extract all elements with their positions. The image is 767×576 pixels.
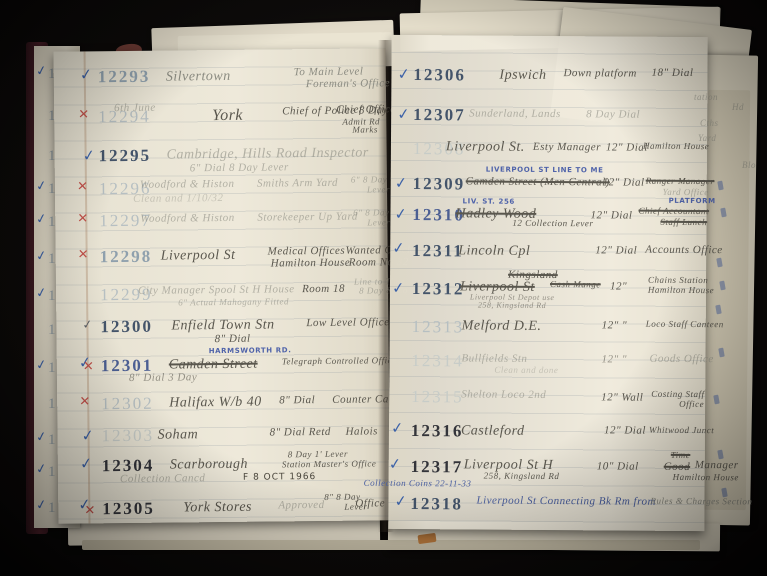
entry-number: 12314 [411, 351, 464, 371]
handwritten-text: 258, Kingsland Rd [478, 301, 546, 310]
handwritten-text: Liverpool St [161, 248, 236, 265]
handwritten-text: Ipswich [499, 68, 546, 84]
ledger-row: ✓12300Enfield Town StnLow Level Office8"… [56, 314, 388, 347]
handwritten-text: Room 18 [302, 283, 345, 295]
handwritten-text: Staff Lunch [660, 217, 707, 227]
ledger-row: ✓12307Sunderland, Lands8 Day Dial [391, 105, 707, 137]
ledger-row: ✓12312KingslandLiverpool StCash Mange12"… [390, 279, 706, 311]
handwritten-text: 12" Dial [604, 424, 646, 436]
entry-number: 12316 [411, 421, 464, 441]
entry-number: 12311 [412, 241, 464, 261]
entry-number: 12293 [98, 67, 151, 88]
handwritten-text: 8 Day 1' Lever [288, 449, 348, 460]
handwritten-text: Halifax W/b 40 [169, 395, 262, 412]
partial-entry-number: 1 [48, 432, 57, 449]
check-icon: ✓ [82, 317, 94, 332]
check-icon: ✓ [35, 497, 48, 514]
handwritten-text: City Manager Spool St H House [138, 283, 295, 297]
handwritten-text: 12" " [602, 319, 628, 331]
check-icon: ✓ [397, 64, 411, 83]
ledger-row: ✓12293SilvertownTo Main LevelForeman's O… [54, 64, 386, 97]
entry-number: 12305 [102, 499, 155, 520]
entry-number: 12318 [410, 494, 463, 514]
handwritten-text: Lincoln Cpl [458, 243, 530, 260]
entry-number: 12302 [101, 394, 154, 415]
entry-number: 12295 [99, 146, 152, 167]
handwritten-text: LIVERPOOL ST LINE TO ME [486, 166, 604, 175]
handwritten-text: Bullfields Stn [461, 352, 527, 364]
check-icon: ✓ [82, 146, 97, 165]
ledger-row: 12315Shelton Loco 2nd12" WallCosting Sta… [389, 387, 705, 419]
handwritten-text: 12" " [601, 353, 627, 365]
check-icon: ✓ [81, 426, 96, 445]
page-stack-sheet [704, 90, 750, 510]
check-icon: ✓ [390, 418, 404, 437]
handwritten-text: Woodford & Histon [140, 178, 235, 191]
handwritten-text: Down platform [563, 67, 637, 80]
handwritten-text: Sunderland, Lands [469, 107, 561, 120]
ledger-row: ✕12296Woodford & HistonSmiths Arm Yard6"… [55, 176, 387, 209]
check-icon: ✓ [35, 63, 48, 80]
handwritten-text: Hamilton House [648, 285, 714, 295]
ledger-row: ✓12318Liverpool St Connecting Bk Rm from… [388, 494, 704, 526]
handwritten-text: Cash Mange [550, 279, 601, 289]
ledger-row: 12313Melford D.E.12" "Loco Staff Canteen [390, 317, 706, 349]
check-icon: ✓ [35, 211, 48, 228]
handwritten-text: Office [679, 399, 704, 409]
check-icon: ✓ [35, 461, 48, 478]
x-icon: ✕ [84, 503, 96, 518]
check-icon: ✓ [388, 454, 402, 473]
handwritten-text: Yard Office [663, 187, 709, 197]
handwritten-text: Goods Office [649, 353, 713, 365]
handwritten-text: Accounts Office [645, 244, 723, 257]
handwritten-text: 6" Dial 8 Day Lever [190, 161, 289, 174]
handwritten-text: 8" Dial Retd [269, 426, 330, 439]
check-icon: ✓ [394, 173, 408, 192]
handwritten-text: HARMSWORTH RD. [209, 346, 292, 355]
handwritten-text: Liverpool St Connecting Bk Rm from [476, 495, 656, 508]
x-icon: ✕ [78, 107, 90, 122]
handwritten-text: Whitwood Junct [649, 425, 714, 435]
ledger-row: ✓12304Scarborough8 Day 1' LeverStation M… [58, 453, 390, 486]
handwritten-text: Loco Staff Canteen [646, 319, 724, 330]
entry-number: 12298 [100, 247, 153, 268]
handwritten-text: Esty Manager [533, 141, 601, 153]
entry-number: 12317 [411, 457, 464, 477]
entry-number: 12300 [100, 317, 153, 338]
handwritten-text: 8" Dial [214, 333, 250, 345]
check-icon: ✓ [79, 454, 94, 473]
check-icon: ✓ [396, 104, 410, 123]
handwritten-text: 8" Dial [279, 394, 315, 406]
handwritten-text: Woodford & Histon [140, 212, 235, 225]
handwritten-text: LIV. ST. 256 [463, 197, 515, 205]
handwritten-text: Rules & Charges Section [650, 496, 752, 507]
check-icon: ✓ [35, 248, 48, 265]
ledger-row: ✕12302Halifax W/b 408" DialCounter Cab [57, 391, 389, 424]
check-icon: ✓ [394, 204, 408, 223]
entry-number: 12315 [411, 387, 464, 407]
handwritten-text: Medical Offices [268, 245, 346, 258]
handwritten-text: York [212, 107, 243, 125]
handwritten-text: Scarborough [170, 457, 248, 474]
ledger-left-page: ✓12293SilvertownTo Main LevelForeman's O… [54, 48, 391, 523]
ledger-right-page: ✓12306IpswichDown platform18" Dial✓12307… [388, 35, 707, 531]
x-icon: ✕ [79, 394, 91, 409]
handwritten-text: Approved [278, 499, 324, 511]
ledger-row: ✓12309LIVERPOOL ST LINE TO MECamden Stre… [391, 174, 707, 206]
entry-number: 12306 [413, 65, 466, 85]
handwritten-text: Liverpool St. [446, 139, 525, 156]
handwritten-text: 12 Collection Lever [512, 218, 593, 229]
ledger-row: ✕122946th JuneYorkChief of Police 8 DayA… [54, 104, 386, 137]
handwritten-text: 10" Dial [597, 460, 639, 472]
check-icon: ✓ [35, 429, 48, 446]
handwritten-text: 8" Dial 3 Day [129, 371, 197, 384]
entry-number: 12313 [412, 317, 465, 337]
partial-entry-number: 1 [48, 464, 57, 481]
handwritten-text: 12" Dial [590, 209, 632, 221]
handwritten-text: Chief Accountant [638, 206, 709, 216]
handwritten-text: Camden Street (Men Central) [466, 175, 610, 188]
handwritten-text: Marks [352, 124, 378, 134]
entry-number: 12309 [413, 174, 466, 194]
ledger-row: ✓12310LIV. ST. 256Hadley Wood12 Collecti… [390, 205, 706, 237]
check-icon: ✓ [79, 65, 94, 84]
x-icon: ✕ [77, 179, 89, 194]
handwritten-text: 6" Actual Mahogany Fitted [178, 296, 289, 307]
handwritten-text: Ranger Manager [646, 176, 715, 186]
handwritten-text: Manager [695, 459, 739, 471]
date-stamp: F 8 OCT 1966 [243, 472, 316, 483]
handwritten-text: 258, Kingsland Rd [484, 471, 560, 482]
handwritten-text: Hamilton House [271, 257, 351, 270]
ledger-row: 12299City Manager Spool St H HouseRoom 1… [56, 282, 388, 315]
handwritten-text: Clean and 1/10/32 [133, 192, 224, 205]
page-stack-sheet [82, 540, 700, 550]
handwritten-text: Castleford [461, 423, 525, 439]
check-icon: ✓ [391, 278, 405, 297]
handwritten-text: 8 Day Dial [586, 108, 640, 120]
handwritten-text: Station Master's Office [282, 458, 377, 469]
handwritten-text: 6th June [114, 102, 156, 114]
ledger-row: ✓12306IpswichDown platform18" Dial [391, 65, 707, 97]
handwritten-text: Chains Station [648, 275, 708, 285]
handwritten-text: Smiths Arm Yard [257, 177, 338, 190]
ledger-row: ✓✕12305York StoresApproved8" 8 DayLeverO… [58, 496, 390, 529]
ledger-row: 12314Bullfields StnClean and done12" "Go… [389, 351, 705, 383]
handwritten-text: Halois [345, 425, 377, 437]
handwritten-text: 12" Wall [601, 391, 643, 403]
handwritten-text: Storekeeper Up Yard [257, 211, 358, 224]
entry-number: 12312 [412, 279, 465, 299]
check-icon: ✓ [394, 491, 408, 510]
handwritten-text: Shelton Loco 2nd [461, 388, 546, 401]
x-icon: ✕ [77, 247, 89, 262]
handwritten-text: Costing Staff [651, 389, 704, 399]
partial-entry-number: 1 [48, 322, 57, 339]
check-icon: ✓ [35, 178, 48, 195]
ledger-row: ✓✕12301HARMSWORTH RD.Camden StreetTelegr… [57, 353, 389, 386]
check-icon: ✓ [35, 285, 48, 302]
handwritten-text: 18" Dial [651, 67, 693, 79]
entry-number: 12303 [101, 426, 154, 447]
handwritten-text: 12" Dial [603, 176, 645, 188]
handwritten-text: Collection Cancd [120, 472, 205, 485]
ledger-row: ✕12297Woodford & HistonStorekeeper Up Ya… [55, 208, 387, 241]
ledger-row: ✓12317Liverpool St H258, Kingsland RdCol… [389, 457, 705, 489]
handwritten-text: Silvertown [166, 69, 231, 86]
partial-entry-number: 1 [48, 360, 57, 377]
handwritten-text: Melford D.E. [462, 318, 542, 335]
handwritten-text: Time [671, 450, 691, 460]
handwritten-text: 12" [610, 280, 627, 292]
handwritten-text: York Stores [183, 500, 252, 517]
ledger-row: ✓12295Cambridge, Hills Road Inspector6" … [55, 143, 387, 176]
handwritten-text: Hamilton House [673, 472, 739, 482]
ledger-row: ✓12316Castleford12" DialWhitwood Junct [389, 421, 705, 453]
partial-entry-number: 1 [48, 500, 57, 517]
handwritten-text: Soham [157, 427, 198, 443]
handwritten-text: Clean and done [494, 365, 558, 375]
handwritten-text: 12" Dial [606, 141, 648, 153]
handwritten-text: To Main Level [294, 66, 364, 79]
check-icon: ✓ [35, 357, 48, 374]
handwritten-text: PLATFORM [669, 197, 716, 205]
photograph-background: ✓121212✓120✓12✓1✓121✓112✓1✓1✓1 ✓12293Sil… [0, 0, 767, 576]
x-icon: ✕ [77, 211, 89, 226]
check-icon: ✓ [391, 238, 405, 257]
handwritten-text: Hamilton House [643, 141, 709, 151]
x-icon: ✕ [83, 359, 95, 374]
ledger-row: ✕12298Liverpool StMedical OfficesHamilto… [56, 244, 388, 277]
entry-number: 12307 [413, 105, 466, 125]
handwritten-text: 12" Dial [595, 244, 637, 256]
handwritten-text: Enfield Town Stn [171, 317, 274, 334]
handwritten-text: Collection Coins 22-11-33 [364, 478, 472, 489]
